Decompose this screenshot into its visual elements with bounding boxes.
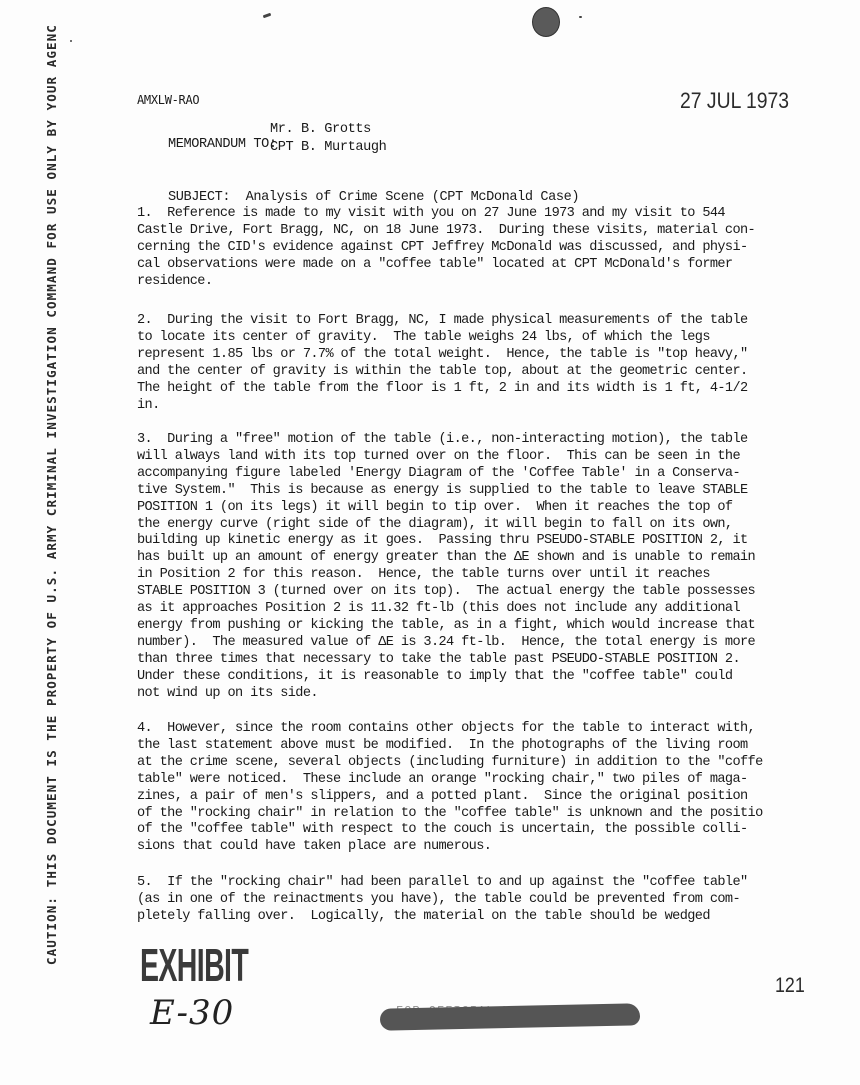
paragraph-line: number). The measured value of ΔE is 3.2… xyxy=(137,635,827,652)
office-symbol: AMXLW-RAO xyxy=(137,93,199,107)
paragraph-line: accompanying figure labeled 'Energy Diag… xyxy=(137,466,827,483)
recipient-1: Mr. B. Grotts xyxy=(270,122,371,137)
paragraph-5: 5. If the "rocking chair" had been paral… xyxy=(137,875,827,926)
paragraph-line: STABLE POSITION 3 (turned over on its to… xyxy=(137,584,827,601)
paragraph-line: Castle Drive, Fort Bragg, NC, on 18 June… xyxy=(137,223,827,240)
paragraph-line: at the crime scene, several objects (inc… xyxy=(137,755,827,772)
paragraph-line: building up kinetic energy as it goes. P… xyxy=(137,533,827,550)
paragraph-line: cerning the CID's evidence against CPT J… xyxy=(137,240,827,257)
exhibit-stamp: EXHIBIT xyxy=(140,938,248,992)
paragraph-line: table" were noticed. These include an or… xyxy=(137,772,827,789)
paragraph-line: 4. However, since the room contains othe… xyxy=(137,721,827,738)
redaction-bar xyxy=(380,1003,640,1030)
paragraph-line: Under these conditions, it is reasonable… xyxy=(137,669,827,686)
speck xyxy=(263,13,272,19)
paragraph-3: 3. During a "free" motion of the table (… xyxy=(137,432,827,703)
paragraph-line: will always land with its top turned ove… xyxy=(137,449,827,466)
paragraph-line: and the center of gravity is within the … xyxy=(137,364,827,381)
paragraph-line: sions that could have taken place are nu… xyxy=(137,839,827,856)
paragraph-line: has built up an amount of energy greater… xyxy=(137,550,827,567)
recipient-2: CPT B. Murtaugh xyxy=(270,140,386,155)
paragraph-line: not wind up on its side. xyxy=(137,686,827,703)
paragraph-line: The height of the table from the floor i… xyxy=(137,381,827,398)
paragraph-line: tive System." This is because as energy … xyxy=(137,483,827,500)
exhibit-number-handwritten: E-30 xyxy=(150,993,234,1033)
paragraph-line: as it approaches Position 2 is 11.32 ft-… xyxy=(137,601,827,618)
paragraph-line: 5. If the "rocking chair" had been paral… xyxy=(137,875,827,892)
paragraph-line: of the "rocking chair" in relation to th… xyxy=(137,806,827,823)
speck xyxy=(579,16,582,18)
paragraph-line: zines, a pair of men's slippers, and a p… xyxy=(137,789,827,806)
speck xyxy=(70,40,72,42)
subject-label: SUBJECT: xyxy=(168,190,230,205)
paragraph-line: POSITION 1 (on its legs) it will begin t… xyxy=(137,500,827,517)
paragraph-line: residence. xyxy=(137,274,827,291)
paragraph-line: 2. During the visit to Fort Bragg, NC, I… xyxy=(137,313,827,330)
subject-text: Analysis of Crime Scene (CPT McDonald Ca… xyxy=(246,190,580,205)
paragraph-line: pletely falling over. Logically, the mat… xyxy=(137,909,827,926)
punch-hole xyxy=(532,7,560,37)
paragraph-line: represent 1.85 lbs or 7.7% of the total … xyxy=(137,347,827,364)
paragraph-line: 3. During a "free" motion of the table (… xyxy=(137,432,827,449)
paragraph-line: in Position 2 for this reason. Hence, th… xyxy=(137,567,827,584)
date-stamp: 27 JUL 1973 xyxy=(680,88,789,114)
paragraph-line: energy from pushing or kicking the table… xyxy=(137,618,827,635)
paragraph-4: 4. However, since the room contains othe… xyxy=(137,721,827,856)
document-page: CAUTION: THIS DOCUMENT IS THE PROPERTY O… xyxy=(0,0,860,1085)
paragraph-line: of the "coffee table" with respect to th… xyxy=(137,822,827,839)
paragraph-line: the energy curve (right side of the diag… xyxy=(137,517,827,534)
paragraph-line: to locate its center of gravity. The tab… xyxy=(137,330,827,347)
paragraph-line: than three times that necessary to take … xyxy=(137,652,827,669)
paragraph-line: cal observations were made on a "coffee … xyxy=(137,257,827,274)
memorandum-to-row: MEMORANDUM TO: xyxy=(137,122,277,167)
side-caution-banner: CAUTION: THIS DOCUMENT IS THE PROPERTY O… xyxy=(44,24,59,965)
memorandum-to-label: MEMORANDUM TO: xyxy=(168,137,277,152)
paragraph-line: in. xyxy=(137,398,827,415)
paragraph-line: the last statement above must be modifie… xyxy=(137,738,827,755)
paragraph-1: 1. Reference is made to my visit with yo… xyxy=(137,206,827,291)
paragraph-2: 2. During the visit to Fort Bragg, NC, I… xyxy=(137,313,827,414)
paragraph-line: 1. Reference is made to my visit with yo… xyxy=(137,206,827,223)
page-number: 121 xyxy=(775,974,805,998)
paragraph-line: (as in one of the reinactments you have)… xyxy=(137,892,827,909)
